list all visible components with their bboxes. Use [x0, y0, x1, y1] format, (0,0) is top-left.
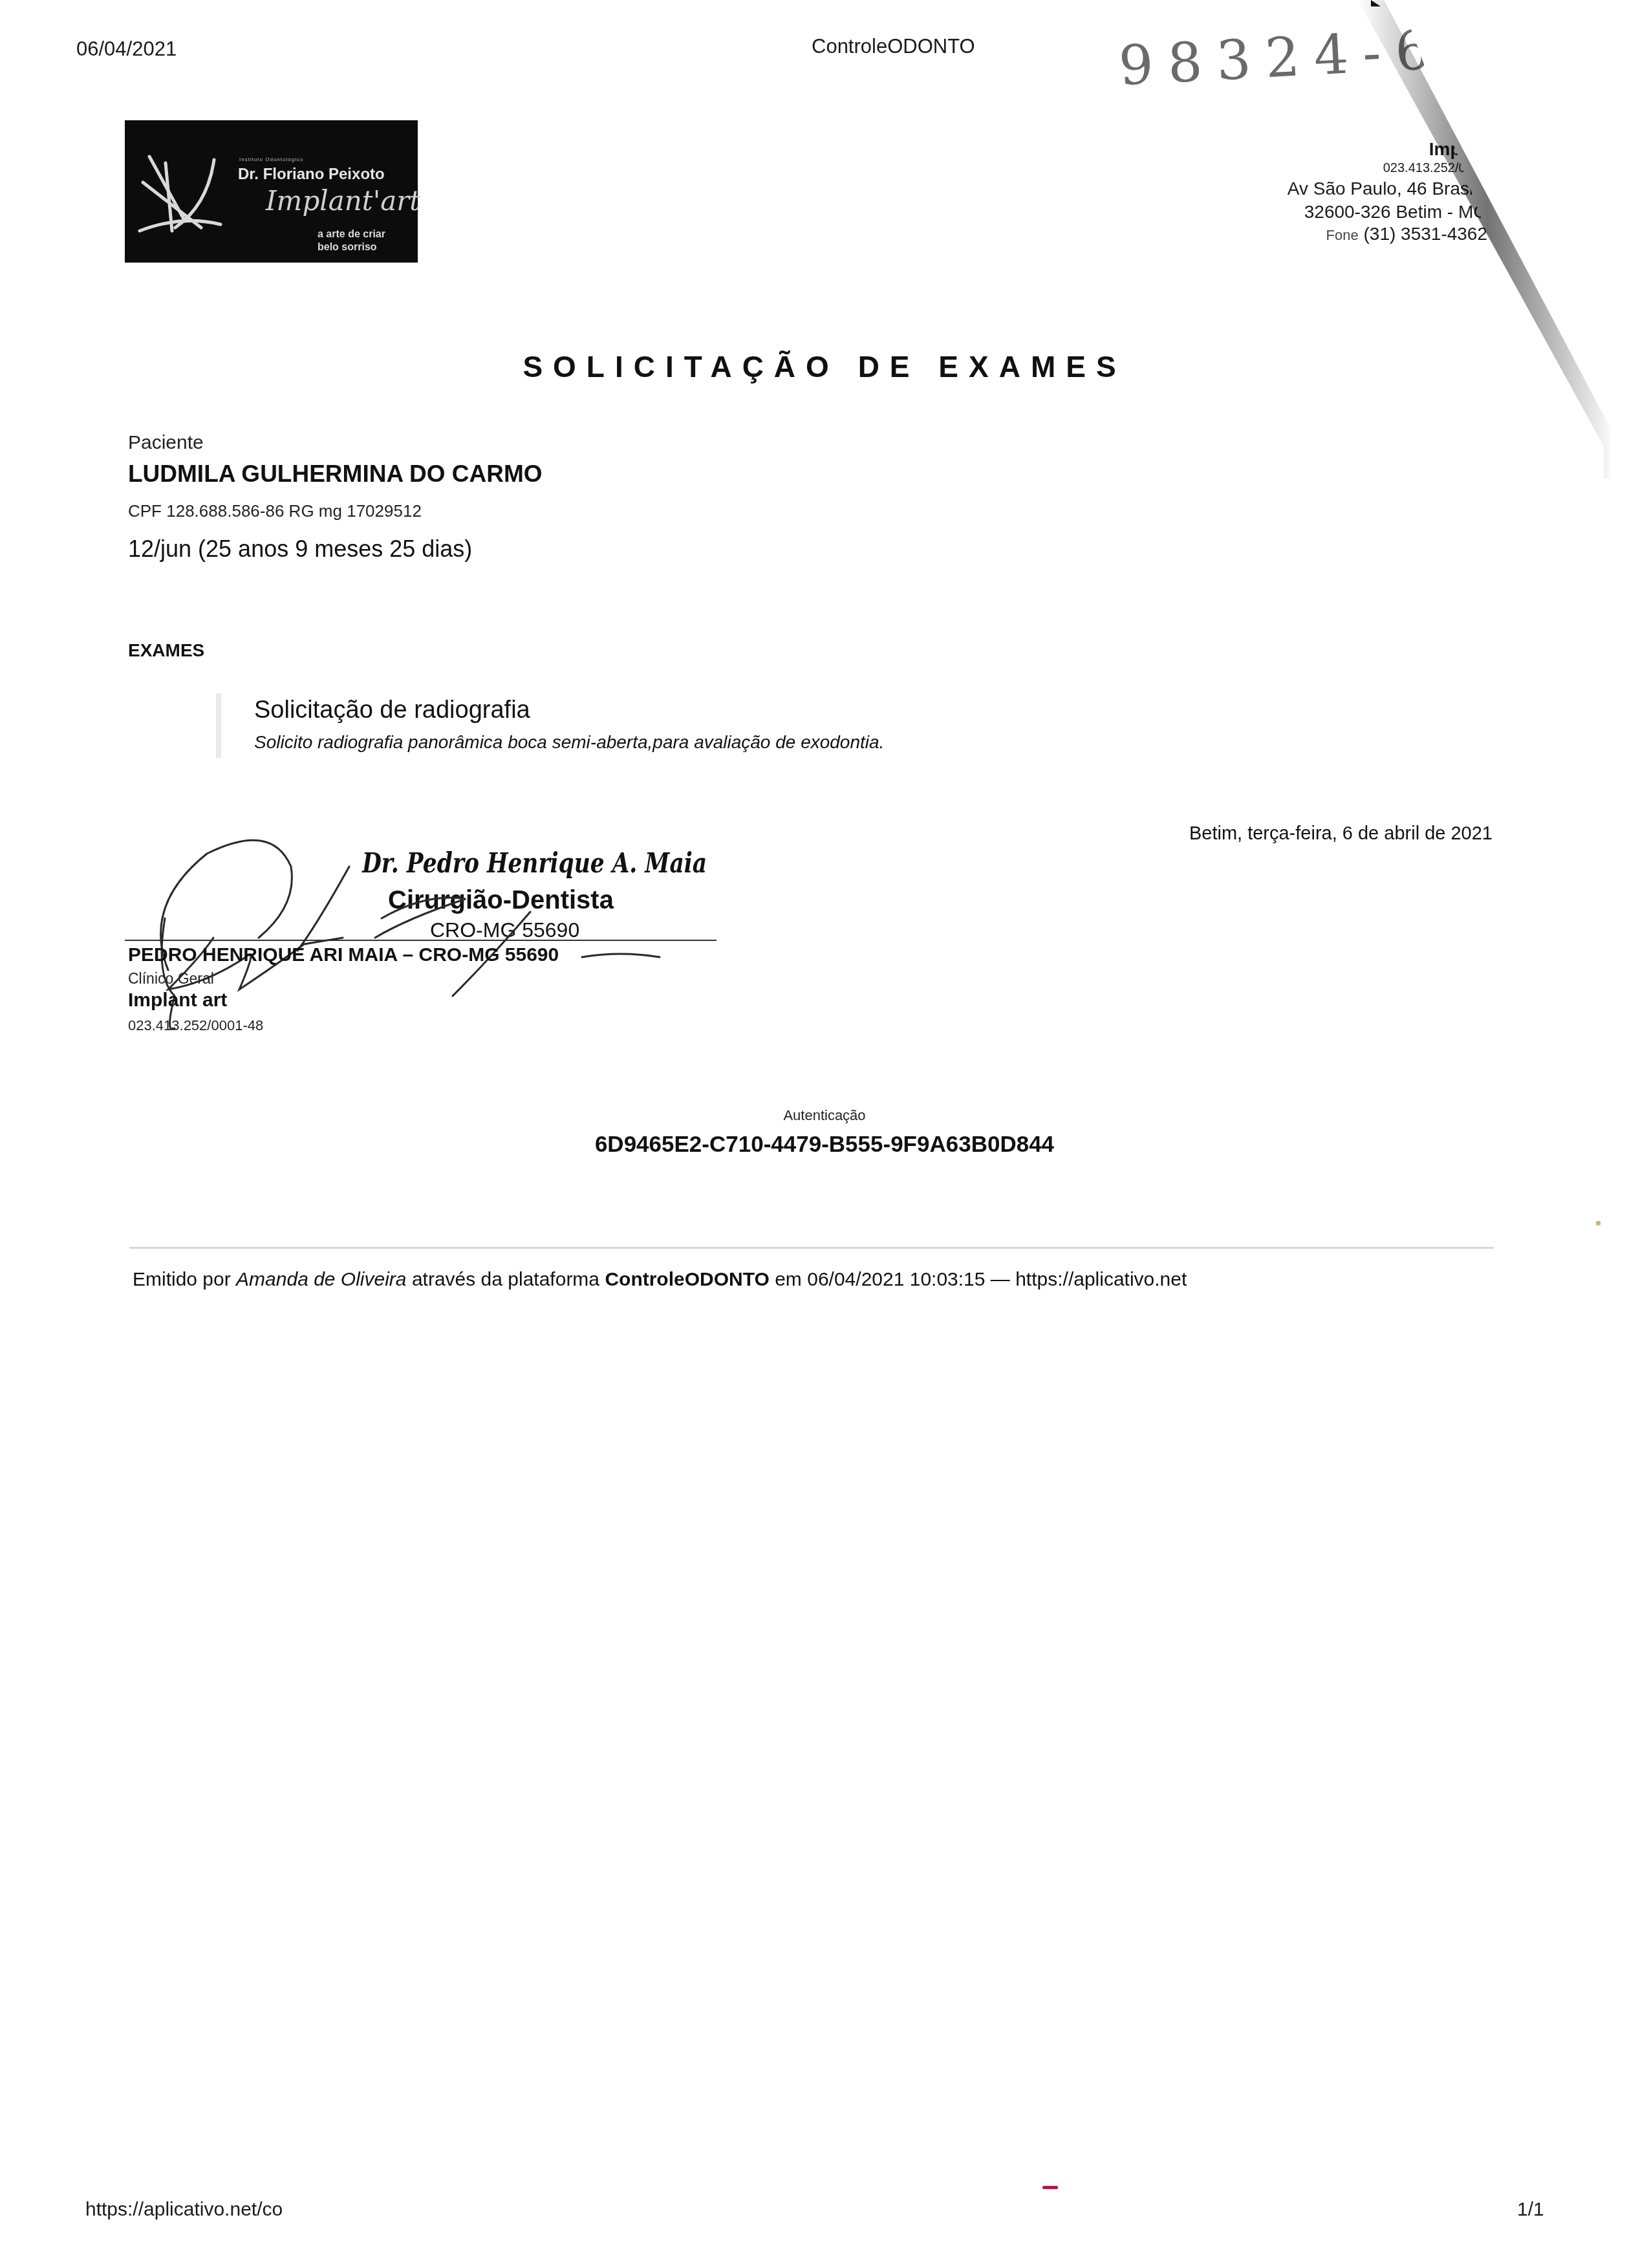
place-date: Betim, terça-feira, 6 de abril de 2021 — [1189, 823, 1493, 845]
clinic-logo: Instituto Odontológico Dr. Floriano Peix… — [125, 120, 418, 263]
scan-speck — [1596, 1221, 1600, 1226]
emitted-user: Amanda de Oliveira — [236, 1269, 406, 1290]
emitted-on: em — [775, 1269, 802, 1290]
logo-tagline-2: belo sorriso — [318, 242, 377, 254]
dentist-name-cro: PEDRO HENRIQUE ARI MAIA – CRO-MG 55690 — [128, 944, 559, 966]
exam-item-accent-bar — [216, 693, 221, 758]
handwritten-number: 98324-6 — [1117, 17, 1445, 98]
logo-brush-mark-icon — [136, 144, 227, 241]
print-title: ControleODONTO — [812, 35, 975, 58]
patient-documents: CPF 128.688.586-86 RG mg 17029512 — [128, 501, 422, 521]
clinic-city: 32600-326 Betim - MG — [1288, 200, 1487, 224]
authentication-code: 6D9465E2-C710-4479-B555-9F9A63B0D844 — [0, 1132, 1649, 1158]
patient-age: 12/jun (25 anos 9 meses 25 dias) — [128, 535, 472, 563]
scan-speck — [1042, 2186, 1058, 2189]
emitted-prefix: Emitido por — [133, 1269, 231, 1290]
exam-item-description: Solicito radiografia panorâmica boca sem… — [254, 732, 884, 753]
print-page-number: 1/1 — [1517, 2199, 1544, 2221]
phone-number: (31) 3531-4362 — [1364, 224, 1487, 244]
document-title: SOLICITAÇÃO DE EXAMES — [0, 349, 1649, 384]
clinic-phone: Fone (31) 3531-4362 — [1288, 224, 1487, 244]
clinic-name: Implan — [1288, 139, 1487, 160]
emitted-by-line: Emitido por Amanda de Oliveira através d… — [133, 1269, 1187, 1291]
emitted-middle: através da plataforma — [412, 1269, 599, 1290]
signature-line — [125, 940, 717, 941]
emitted-separator: — — [991, 1269, 1010, 1290]
patient-label: Paciente — [128, 432, 204, 454]
dentist-clinic: Implant art — [128, 989, 227, 1011]
dentist-role: Clínico Geral — [128, 970, 214, 988]
clinic-address: Av São Paulo, 46 Brasile — [1288, 177, 1487, 200]
emitted-url[interactable]: https://aplicativo.net — [1015, 1269, 1187, 1290]
stamp-name: Dr. Pedro Henrique A. Maia — [362, 847, 707, 879]
emitted-platform: ControleODONTO — [605, 1269, 769, 1290]
logo-small-text: Instituto Odontológico — [239, 157, 303, 162]
exam-item-title: Solicitação de radiografia — [254, 697, 530, 724]
print-footer-url: https://aplicativo.net/co — [85, 2199, 283, 2221]
stamp-cro: CRO-MG 55690 — [430, 918, 579, 942]
logo-brand: Implant'art — [266, 185, 420, 217]
print-date: 06/04/2021 — [76, 38, 177, 61]
logo-tagline-1: a arte de criar — [318, 229, 385, 241]
logo-doctor-name: Dr. Floriano Peixoto — [238, 166, 385, 184]
clinic-cnpj: 023.413.252/0001 — [1288, 161, 1487, 176]
phone-label: Fone — [1326, 227, 1359, 243]
authentication-label: Autenticação — [0, 1107, 1649, 1124]
clinic-header: Implan 023.413.252/0001 Av São Paulo, 46… — [1288, 139, 1487, 244]
footer-divider — [129, 1247, 1494, 1249]
dentist-cnpj: 023.413.252/0001-48 — [128, 1017, 263, 1034]
patient-name: LUDMILA GULHERMINA DO CARMO — [128, 460, 543, 488]
emitted-datetime: 06/04/2021 10:03:15 — [807, 1269, 985, 1290]
stamp-title: Cirurgião-Dentista — [388, 886, 614, 915]
exams-section-label: EXAMES — [128, 640, 204, 661]
